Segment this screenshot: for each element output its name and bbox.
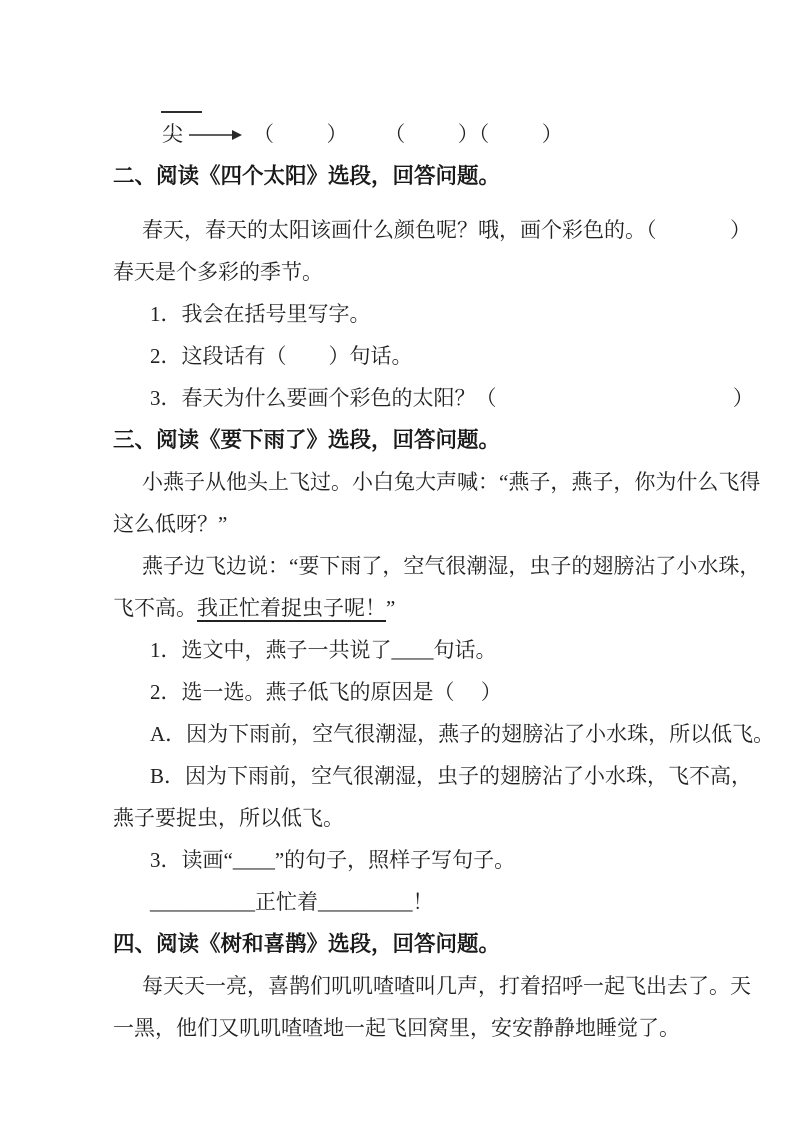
underlined-sentence: 我正忙着捉虫子呢！: [197, 596, 386, 620]
s4-passage-line-1: 每天天一亮，喜鹊们叽叽喳喳叫几声，打着招呼一起飞出去了。天: [113, 965, 705, 1007]
s3-passage1-line-1: 小燕子从他头上飞过。小白兔大声喊：“燕子，燕子，你为什么飞得: [113, 461, 705, 503]
s3-passage1-line-2: 这么低呀？”: [113, 503, 705, 545]
word-expansion-row: 尖（ ） （ ）（ ）: [113, 113, 705, 155]
s3-passage2-line-2: 飞不高。我正忙着捉虫子呢！”: [113, 587, 705, 629]
s3-option-b-line-2: 燕子要捉虫，所以低飞。: [113, 797, 705, 839]
closing-quote: ”: [386, 596, 395, 620]
s2-passage-line-2: 春天是个多彩的季节。: [113, 251, 705, 293]
right-arrow-icon: [189, 128, 243, 142]
answer-blank-overline: [161, 111, 202, 113]
s3-answer-blank-line: __________正忙着_________！: [113, 881, 705, 923]
s3-question-2: 2．选一选。燕子低飞的原因是（ ）: [113, 671, 705, 713]
passage-text: 飞不高。: [113, 596, 197, 620]
s3-question-3: 3．读画“____”的句子，照样子写句子。: [113, 839, 705, 881]
section-2-heading: 二、阅读《四个太阳》选段，回答问题。: [113, 155, 705, 197]
s4-passage-line-2: 一黑，他们又叽叽喳喳地一起飞回窝里，安安静静地睡觉了。: [113, 1007, 705, 1049]
s3-option-b-line-1: B．因为下雨前，空气很潮湿，虫子的翅膀沾了小水珠，飞不高，: [113, 755, 705, 797]
section-4-heading: 四、阅读《树和喜鹊》选段，回答问题。: [113, 923, 705, 965]
s3-question-1: 1．选文中，燕子一共说了____句话。: [113, 629, 705, 671]
s3-option-a: A．因为下雨前，空气很潮湿，燕子的翅膀沾了小水珠，所以低飞。: [113, 713, 705, 755]
s3-passage2-line-1: 燕子边飞边说：“要下雨了，空气很潮湿，虫子的翅膀沾了小水珠，: [113, 545, 705, 587]
worksheet-page: 尖（ ） （ ）（ ） 二、阅读《四个太阳》选段，回答问题。 春天，春天的太阳该…: [0, 0, 793, 1122]
s2-question-1: 1．我会在括号里写字。: [113, 293, 705, 335]
section-3-heading: 三、阅读《要下雨了》选段，回答问题。: [113, 419, 705, 461]
s2-passage-line-1: 春天，春天的太阳该画什么颜色呢？哦，画个彩色的。（ ）: [113, 209, 705, 251]
expansion-blanks: （ ） （ ）（ ）: [253, 122, 563, 146]
expansion-char: 尖: [162, 122, 183, 146]
s2-question-2: 2．这段话有（ ）句话。: [113, 335, 705, 377]
s2-question-3: 3．春天为什么要画个彩色的太阳？（ ）: [113, 377, 705, 419]
